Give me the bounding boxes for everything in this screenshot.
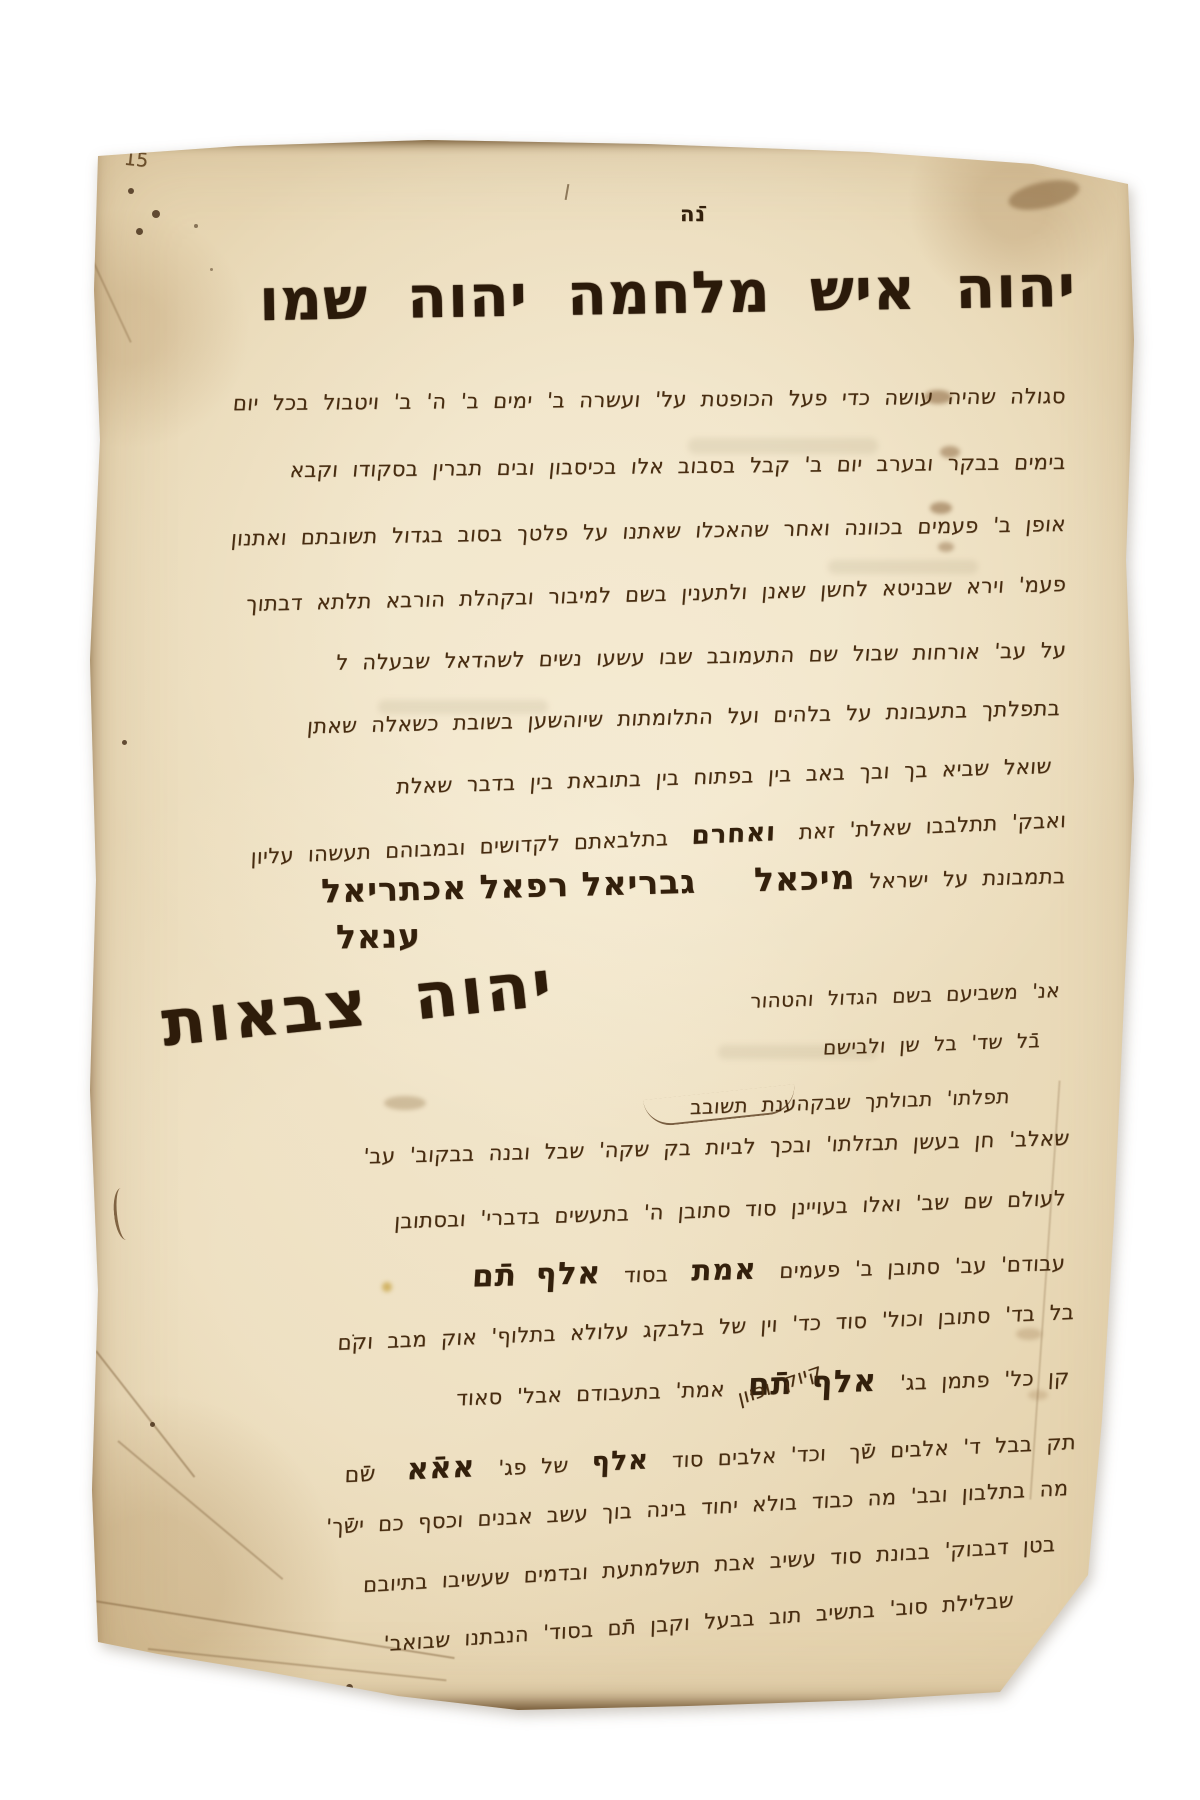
stain	[1006, 175, 1082, 215]
ink-dot	[152, 210, 160, 218]
line-start: עבודם' עב' סתובן ב' פעמים	[770, 1251, 1066, 1283]
line-end: אמת' בתעבודם אבל' סאוד	[447, 1377, 726, 1411]
handwritten-line: פעמ' וירא שבניטא לחשן שאנן ולתענין בשם ל…	[245, 572, 1067, 616]
stain	[382, 1282, 392, 1292]
ink-dot	[210, 268, 213, 271]
ink-dot	[194, 224, 198, 228]
pen-mark	[565, 184, 570, 200]
margin-mark-paren	[111, 1187, 135, 1241]
end-dot	[228, 1680, 233, 1685]
crease	[95, 1350, 195, 1477]
line-end: בתלבאתם לקדושים ובמבוהם תעשהו עליון	[241, 826, 669, 869]
holy-word-emet: אמת	[682, 1252, 758, 1288]
stain	[1016, 1328, 1042, 1340]
line-mid: של פג'	[489, 1453, 569, 1481]
photo-background: 15 נֿה יהוה איש מלחמה יהוה שמו סגולה שהי…	[0, 0, 1200, 1800]
handwritten-line: שבלילת סוב' בתשיב תוב בבעל וקבן תֿם בסוד…	[383, 1588, 1014, 1656]
handwritten-line: על עב' אורחות שבול שם התעמובב שבו עשעו נ…	[335, 638, 1067, 675]
handwritten-line: שאלב' חן בעשן תבזלתו' ובכך לביות בק שקה'…	[363, 1126, 1071, 1169]
stain	[384, 1096, 426, 1110]
handwritten-line: אנ' משביעם בשם הגדול והטהור	[749, 978, 1061, 1013]
margin-dot	[122, 740, 127, 745]
crease	[91, 259, 132, 343]
handwritten-line: סגולה שהיה עושה כדי פעל הכופטת על' ועשרה…	[232, 384, 1067, 415]
holy-word-alef: אלף	[582, 1444, 649, 1478]
line-start: ואבק' תתלבבו שאלת' זאת	[789, 808, 1066, 845]
handwritten-line: תפלתו' תבולתך שבקהענת תשובב	[689, 1084, 1010, 1119]
bleed-through-text	[828, 560, 978, 574]
line-start: בתמבונת על ישראל	[860, 864, 1067, 893]
crease	[117, 1440, 283, 1580]
handwritten-line: בֿל שד' בל שן ולבישם	[822, 1028, 1041, 1060]
handwritten-line: בתפלתך בתעבונת על בלהים ועל התלומתות שיו…	[306, 696, 1061, 738]
handwritten-line: בימים בבקר ובערב יום ב' קבל בסבוב אלו בכ…	[289, 450, 1067, 482]
folio-number: 15	[123, 148, 149, 172]
manuscript-page: 15 נֿה יהוה איש מלחמה יהוה שמו סגולה שהי…	[88, 140, 1140, 1712]
line-start: תק בבל ד' אלבים שֿך	[840, 1430, 1077, 1465]
stain	[938, 542, 954, 552]
handwritten-line: שואל שביא בך ובך באב בין בפתוח בין בתובא…	[396, 754, 1053, 799]
margin-dot	[150, 1422, 155, 1427]
line-mid: וכד' אלבים סוד	[662, 1441, 826, 1472]
decorated-headline: יהוה איש מלחמה יהוה שמו	[259, 252, 1077, 334]
angel-name-anael: ענאל	[336, 916, 422, 956]
holy-letters-aaa: אאֿא	[397, 1449, 476, 1488]
angel-name-michael: מיכאל	[745, 858, 856, 900]
end-dot	[346, 1684, 353, 1691]
handwritten-line: בטן דבבוק' בבונת סוד עשיב אבת תשלמתעת וב…	[363, 1532, 1056, 1597]
ink-dot	[136, 228, 143, 235]
holy-name-alef-tam: אלף תֿם	[463, 1255, 603, 1295]
handwritten-line: בל בד' סתובן וכול' סוד כד' וין של בלבקג …	[337, 1300, 1075, 1355]
line-end: שֿם	[335, 1462, 376, 1489]
header-abbrev-mark: נֿה	[680, 202, 706, 226]
line-mid: בסוד	[615, 1262, 670, 1288]
stain	[930, 502, 952, 514]
holy-name: ואחרם	[682, 817, 777, 851]
angel-names-gabriel-raphael-akhtariel: גבריאל רפאל אכתריאל	[312, 862, 697, 911]
ink-dot	[128, 188, 134, 194]
handwritten-line: אופן ב' פעמים בכוונה ואחר שהאכלו שאתנו ע…	[230, 512, 1067, 551]
manuscript-page-wrap: 15 נֿה יהוה איש מלחמה יהוה שמו סגולה שהי…	[0, 0, 1200, 1800]
decorated-divine-name: יהוה צבאות	[158, 947, 558, 1062]
handwritten-line: לעולם שם שב' ואלו בעויינן סוד סתובן ה' ב…	[394, 1186, 1067, 1234]
line-start: קן כל' פתמן בג'	[890, 1365, 1070, 1395]
handwritten-line-with-names: עבודם' עב' סתובן ב' פעמים אמת בסוד אלף ת…	[453, 1242, 1067, 1295]
